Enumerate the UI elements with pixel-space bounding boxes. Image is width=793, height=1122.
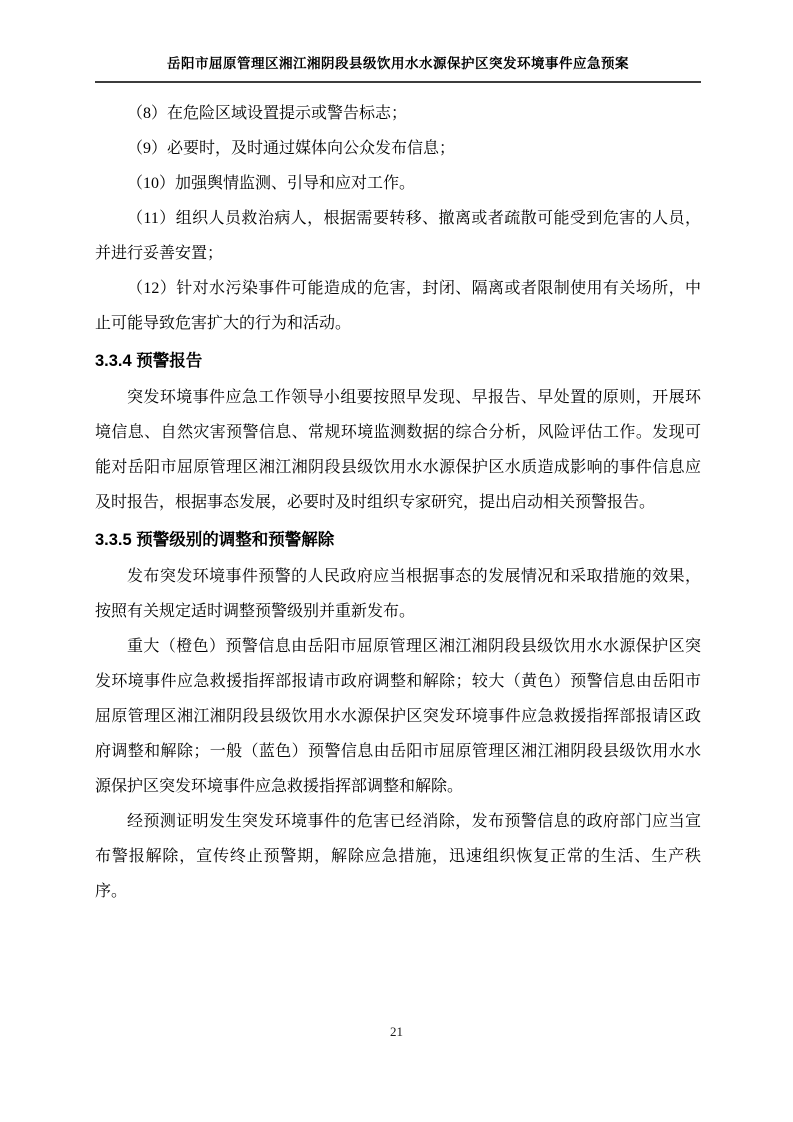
header-rule xyxy=(95,81,701,83)
list-item: （9）必要时，及时通过媒体向公众发布信息； xyxy=(95,131,701,166)
list-item: （12）针对水污染事件可能造成的危害，封闭、隔离或者限制使用有关场所，中止可能导… xyxy=(95,271,701,341)
page-header: 岳阳市屈原管理区湘江湘阴段县级饮用水水源保护区突发环境事件应急预案 xyxy=(95,52,701,83)
section-paragraph: 经预测证明发生突发环境事件的危害已经消除，发布预警信息的政府部门应当宣布警报解除… xyxy=(95,804,701,909)
document-page: 岳阳市屈原管理区湘江湘阴段县级饮用水水源保护区突发环境事件应急预案 （8）在危险… xyxy=(0,0,793,1122)
section-paragraph: 重大（橙色）预警信息由岳阳市屈原管理区湘江湘阴段县级饮用水水源保护区突发环境事件… xyxy=(95,629,701,804)
header-title: 岳阳市屈原管理区湘江湘阴段县级饮用水水源保护区突发环境事件应急预案 xyxy=(95,52,701,81)
section-paragraph: 发布突发环境事件预警的人民政府应当根据事态的发展情况和采取措施的效果，按照有关规… xyxy=(95,559,701,629)
list-item: （10）加强舆情监测、引导和应对工作。 xyxy=(95,166,701,201)
list-item: （8）在危险区域设置提示或警告标志； xyxy=(95,96,701,131)
section-paragraph: 突发环境事件应急工作领导小组要按照早发现、早报告、早处置的原则，开展环境信息、自… xyxy=(95,380,701,520)
document-body: （8）在危险区域设置提示或警告标志； （9）必要时，及时通过媒体向公众发布信息；… xyxy=(95,96,701,909)
section-heading-3-3-4: 3.3.4 预警报告 xyxy=(95,343,701,380)
page-number: 21 xyxy=(0,1024,793,1040)
section-heading-3-3-5: 3.3.5 预警级别的调整和预警解除 xyxy=(95,522,701,559)
list-item: （11）组织人员救治病人，根据需要转移、撤离或者疏散可能受到危害的人员，并进行妥… xyxy=(95,201,701,271)
